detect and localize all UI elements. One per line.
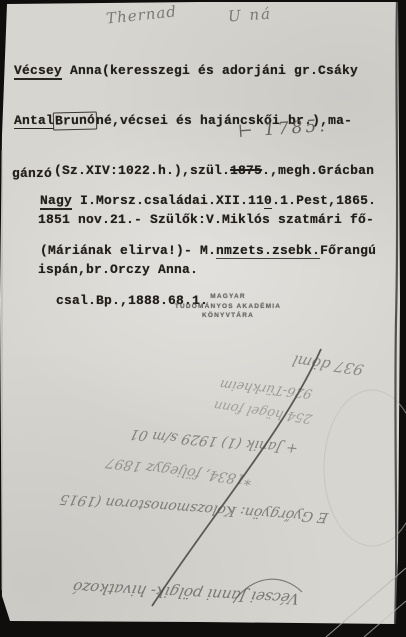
reference-author-underlined: Nagy: [40, 193, 72, 210]
pencil-note-6: E Győrgyön: Kolozsmonostoron (1915: [13, 488, 376, 529]
surname-underlined: Vécsey: [14, 63, 62, 80]
entry-line-1: Vécsey Anna(keresszegi és adorjáni gr.Cs…: [14, 63, 374, 79]
reference-line-1: Nagy I.Morsz.családai.XII.110.1.Pest,186…: [40, 193, 376, 210]
reference-line-2-post: Főrangú: [320, 243, 376, 258]
stamp-line-2: TUDOMÁNYOS AKADÉMIA: [150, 302, 306, 312]
husband-name-underlined: Antal: [14, 113, 54, 129]
handwritten-note-top-left: Thernad: [105, 2, 177, 27]
stamp-line-3: KÖNYVTÁRA: [150, 311, 306, 321]
handwritten-note-top-right: U ná: [227, 4, 272, 25]
reference-line-2: (Máriának elirva!)- M.nmzets.zsebk.Főran…: [40, 243, 376, 260]
pencil-note-4: + Janik (1) 1929 s/m 01: [91, 423, 338, 460]
pencil-note-7: Vécsei Janni pölgik- hivatkozó: [34, 576, 338, 610]
stamp-line-1: MAGYAR: [150, 292, 306, 302]
reference-line-2-pre: (Máriának elirva!)- M.: [40, 243, 216, 258]
library-stamp: MAGYAR TUDOMÁNYOS AKADÉMIA KÖNYVTÁRA: [150, 292, 306, 321]
page-digit-underlined: 0: [264, 193, 272, 209]
entry-line-1-rest: Anna(keresszegi és adorjáni gr.Csáky: [62, 63, 358, 78]
reference-line-1-rest: .1.Pest,1865.: [272, 193, 376, 208]
boxed-name: Brunó: [53, 111, 97, 131]
pencil-note-5: *1834, följegyz 1897: [47, 447, 311, 495]
card-paper: Thernad U ná Vécsey Anna(keresszegi és a…: [0, 0, 406, 637]
reference-title-underlined: nmzets.zsebk.: [216, 243, 320, 259]
pencil-note-1: 937 döml: [260, 347, 396, 383]
reference-line-1-mid: I.Morsz.családai.XII.11: [72, 193, 264, 208]
